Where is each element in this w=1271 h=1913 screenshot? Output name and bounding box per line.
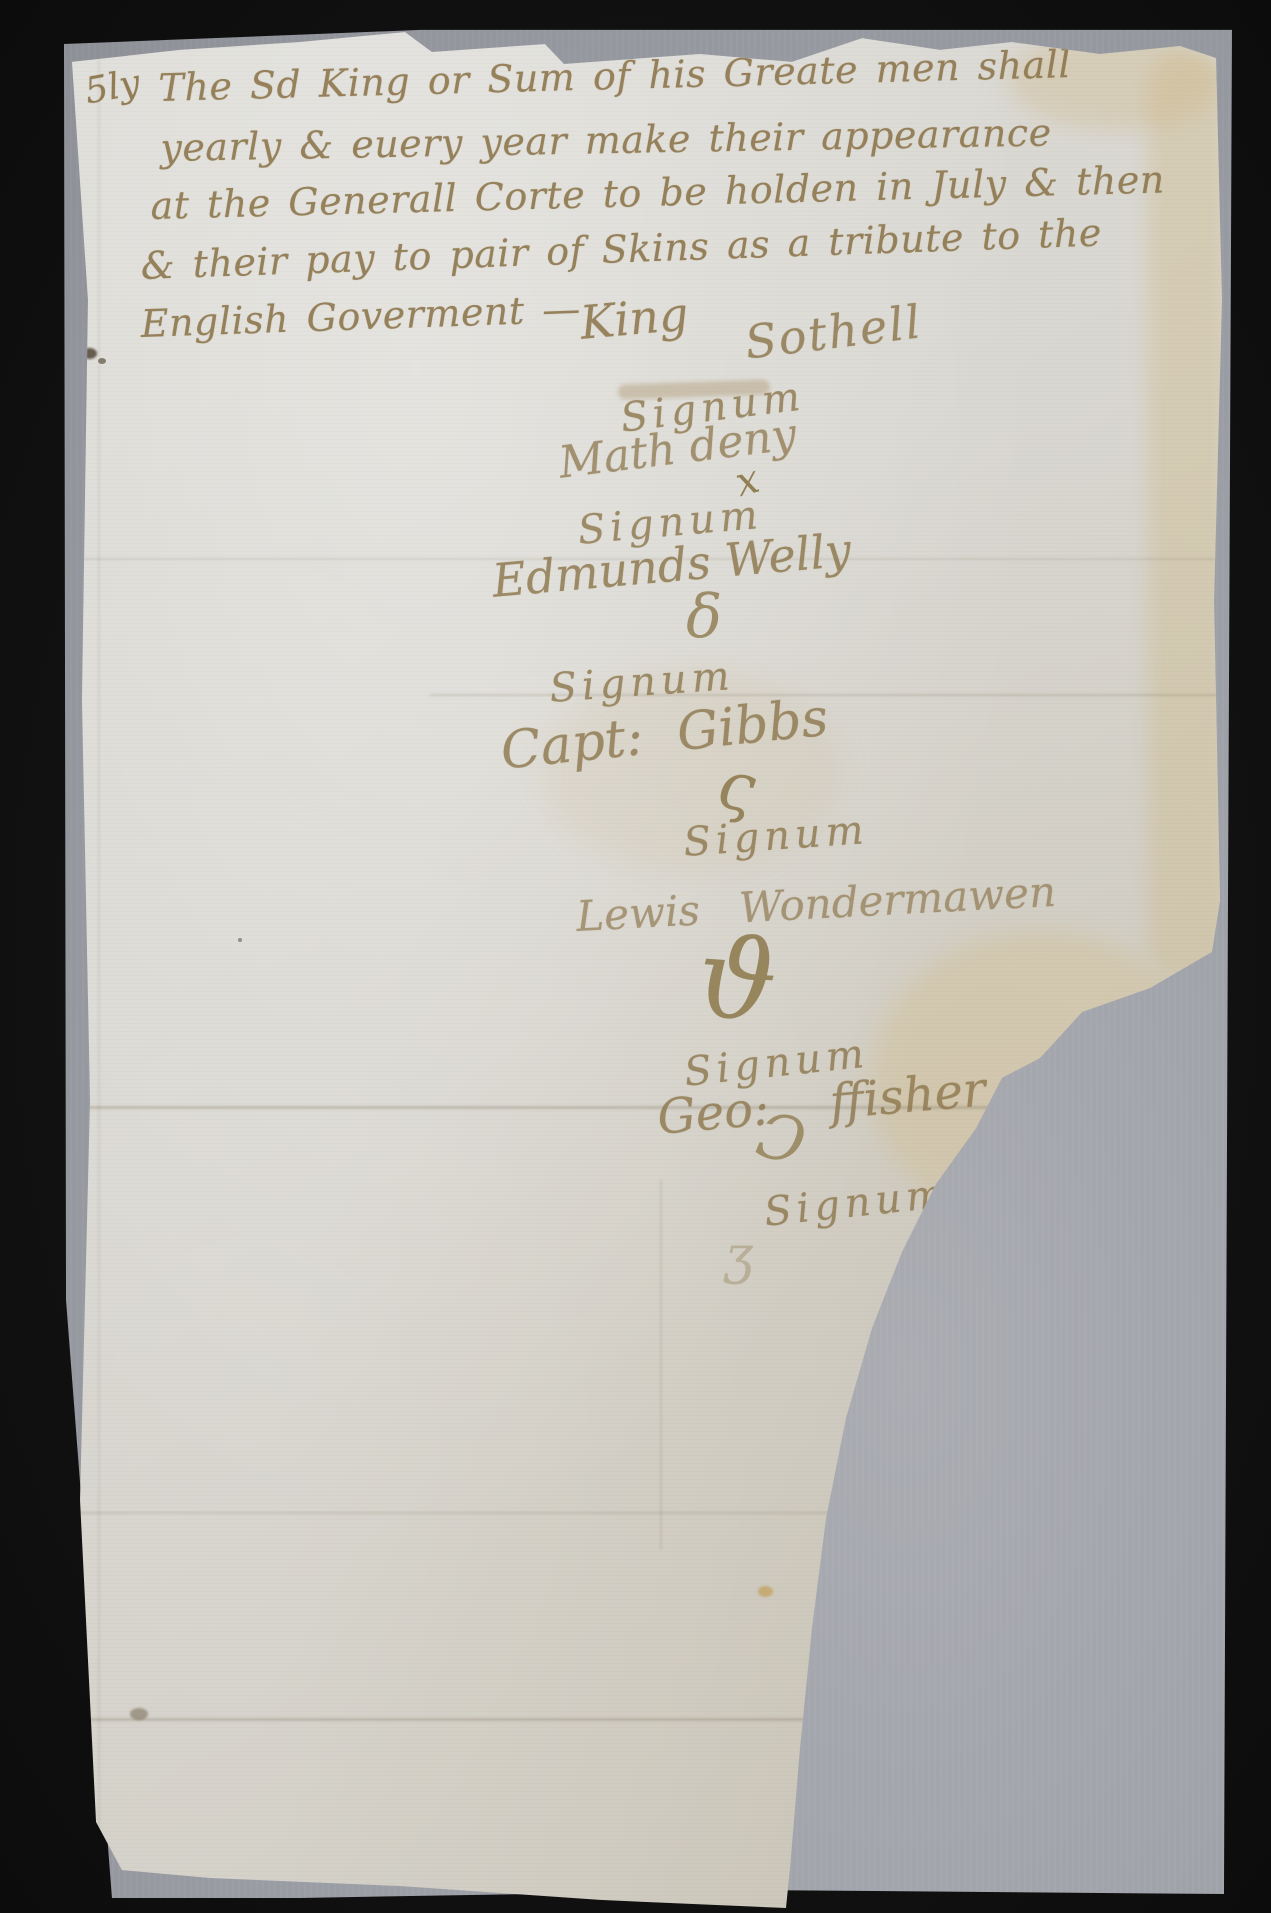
clause-number: 5ly bbox=[82, 62, 143, 112]
ink-blot bbox=[98, 358, 106, 364]
fold-crease bbox=[98, 60, 100, 1890]
manuscript-line: English Goverment — bbox=[140, 287, 581, 346]
signature-mark: ʒ bbox=[724, 1226, 753, 1286]
signature-name: Lewis Wondermawen bbox=[575, 867, 1057, 941]
stain bbox=[758, 1586, 773, 1597]
signum-label: Signum bbox=[682, 807, 870, 866]
fold-crease bbox=[660, 1180, 662, 1550]
signature-king-name: Sothell bbox=[742, 294, 925, 369]
signature-king: King bbox=[578, 287, 690, 350]
manuscript-line: yearly & euery year make their appearanc… bbox=[160, 110, 1052, 170]
signature-mark: ϑ bbox=[694, 913, 781, 1046]
signature-mark: δ bbox=[686, 582, 722, 652]
photo-background: 5ly The Sd King or Sum of his Greate men… bbox=[0, 0, 1271, 1913]
speck bbox=[238, 938, 242, 942]
stain bbox=[130, 1708, 148, 1720]
